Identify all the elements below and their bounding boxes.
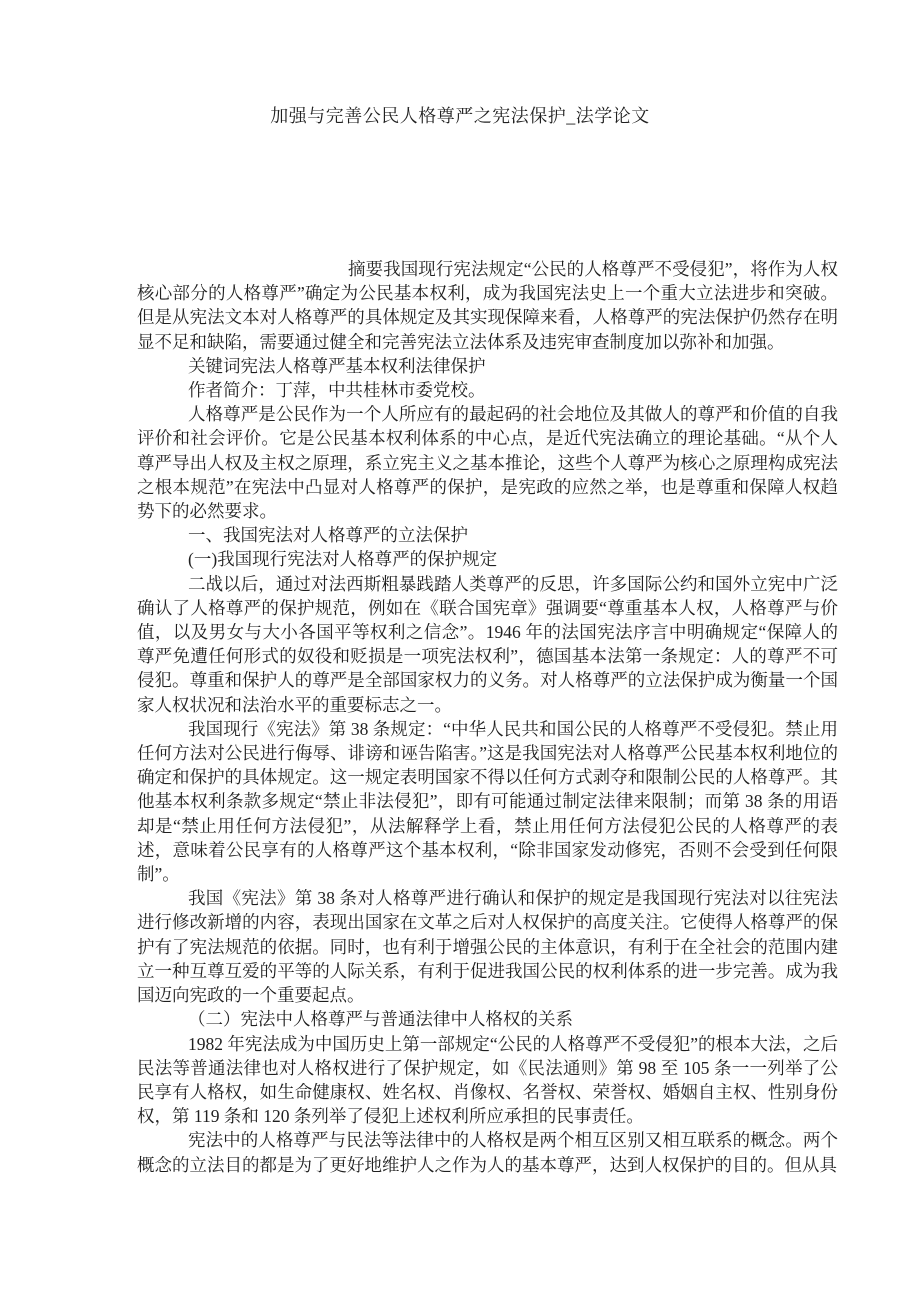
keywords-line: 关键词宪法人格尊严基本权利法律保护 — [137, 354, 838, 378]
subsection-heading-one-2: （二）宪法中人格尊严与普通法律中人格权的关系 — [137, 1007, 838, 1031]
body-paragraph-1: 二战以后，通过对法西斯粗暴践踏人类尊严的反思，许多国际公约和国外立宪中广泛确认了… — [137, 572, 838, 717]
document-page: 加强与完善公民人格尊严之宪法保护_法学论文 摘要我国现行宪法规定“公民的人格尊严… — [0, 0, 920, 1302]
body-paragraph-5: 宪法中的人格尊严与民法等法律中的人格权是两个相互区别又相互联系的概念。两个概念的… — [137, 1128, 838, 1176]
body-paragraph-4: 1982 年宪法成为中国历史上第一部规定“公民的人格尊严不受侵犯”的根本大法，之… — [137, 1032, 838, 1129]
intro-paragraph: 人格尊严是公民作为一个人所应有的最起码的社会地位及其做人的尊严和价值的自我评价和… — [137, 402, 838, 523]
body-paragraph-3: 我国《宪法》第 38 条对人格尊严进行确认和保护的规定是我国现行宪法对以往宪法进… — [137, 886, 838, 1007]
document-body: 摘要我国现行宪法规定“公民的人格尊严不受侵犯”，将作为人权核心部分的人格尊严”确… — [0, 257, 920, 1177]
author-line: 作者简介：丁萍，中共桂林市委党校。 — [137, 378, 838, 402]
document-title: 加强与完善公民人格尊严之宪法保护_法学论文 — [0, 0, 920, 128]
abstract-paragraph: 摘要我国现行宪法规定“公民的人格尊严不受侵犯”，将作为人权核心部分的人格尊严”确… — [137, 257, 838, 354]
body-paragraph-2: 我国现行《宪法》第 38 条规定：“中华人民共和国公民的人格尊严不受侵犯。禁止用… — [137, 717, 838, 886]
subsection-heading-one-1: (一)我国现行宪法对人格尊严的保护规定 — [137, 547, 838, 571]
section-heading-one: 一、我国宪法对人格尊严的立法保护 — [137, 523, 838, 547]
